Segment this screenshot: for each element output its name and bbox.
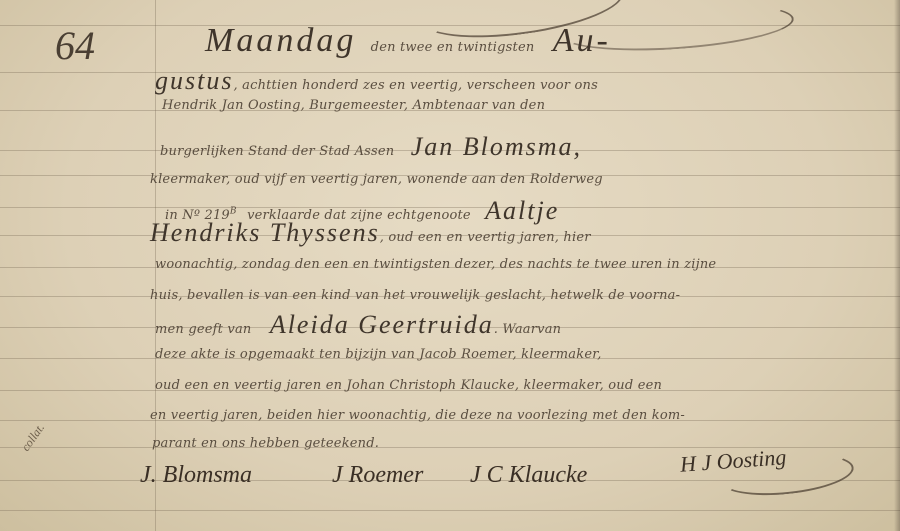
text-line-13: en veertig jaren, beiden hier woonachtig… <box>150 408 685 423</box>
page-edge-shadow <box>894 0 900 531</box>
text-line-12: oud een en veertig jaren en Johan Christ… <box>155 378 662 393</box>
text-line-4: burgerlijken Stand der Stad Assen Jan Bl… <box>160 132 582 162</box>
text-line-8: woonachtig, zondag den een en twintigste… <box>155 257 716 272</box>
margin-note: collat. <box>18 421 48 454</box>
text-line-3: Hendrik Jan Oosting, Burgemeester, Ambte… <box>162 98 545 113</box>
text-line-5: kleermaker, oud vijf en veertig jaren, w… <box>150 172 603 187</box>
mother-surname: Hendriks Thyssens <box>150 218 380 247</box>
ruled-line <box>0 510 900 511</box>
father-name: Jan Blomsma, <box>411 132 582 161</box>
text-line-10: men geeft van Aleida Geertruida. Waarvan <box>155 310 561 340</box>
signature-witness-1: J Roemer <box>332 462 423 489</box>
text-line-1: Maandag den twee en twintigsten Au- <box>205 22 611 60</box>
record-number: 64 <box>55 22 95 69</box>
signature-witness-2: J C Klaucke <box>470 462 587 489</box>
text-line-9: huis, bevallen is van een kind van het v… <box>150 288 680 303</box>
month-name: gustus <box>155 66 233 95</box>
signature-father: J. Blomsma <box>140 462 252 489</box>
text-line-7: Hendriks Thyssens, oud een en veertig ja… <box>150 218 591 248</box>
text-line-11: deze akte is opgemaakt ten bijzijn van J… <box>155 347 602 362</box>
record-page: 64 collat. Maandag den twee en twintigst… <box>0 0 900 531</box>
day-name: Maandag <box>205 22 356 59</box>
text-line-2: gustus, achttien honderd zes en veertig,… <box>155 66 598 96</box>
child-name: Aleida Geertruida <box>270 310 494 339</box>
text-line-14: parant en ons hebben geteekend. <box>152 436 379 451</box>
